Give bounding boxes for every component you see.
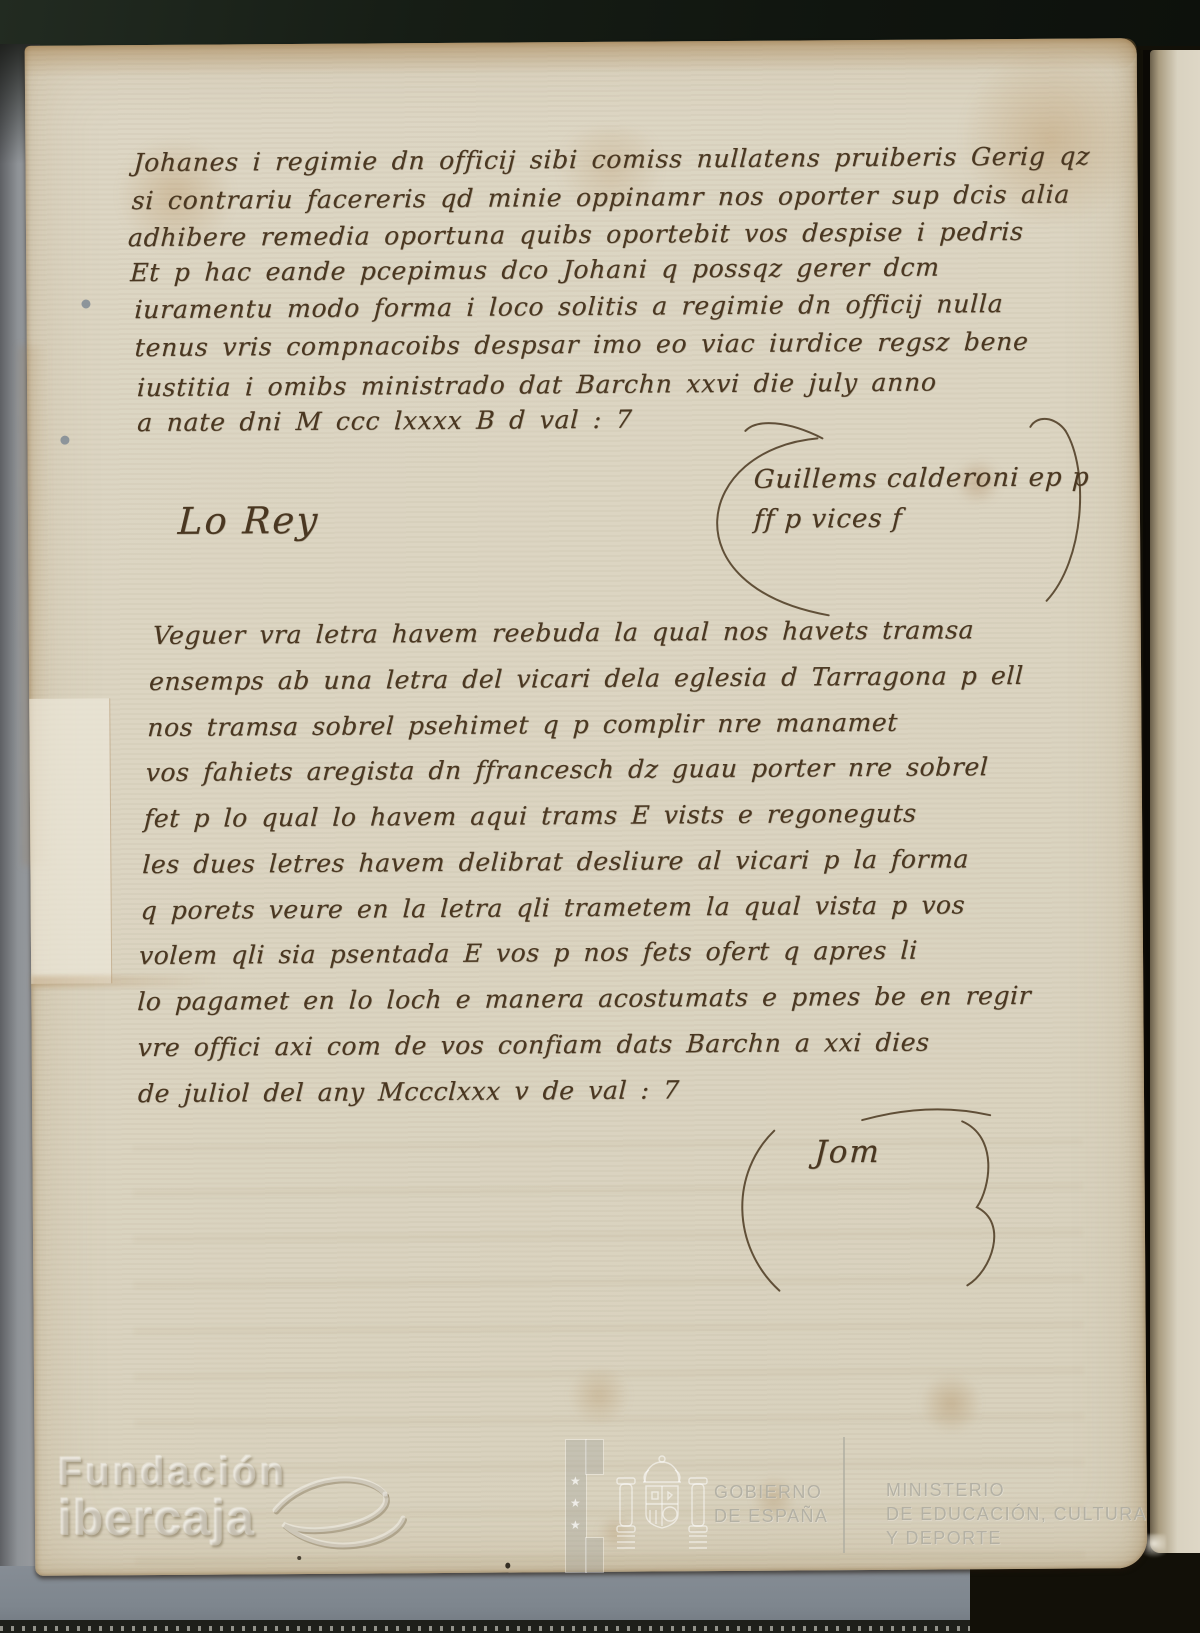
gobierno-watermark-line2: DE ESPAÑA [714, 1506, 828, 1527]
pen-flourishes [25, 38, 1148, 1576]
ibercaja-logo-swoosh-icon [255, 1462, 425, 1562]
manuscript-scan: Johanes i regimie dn officij sibi comiss… [0, 0, 1200, 1633]
next-page-edge [1150, 50, 1200, 1553]
flag-banner-notch-top [586, 1440, 603, 1474]
ministerio-watermark-line2: DE EDUCACIÓN, CULTURA [886, 1504, 1147, 1525]
star-icon: ★ [570, 1496, 581, 1510]
flag-banner-notch-bottom [586, 1538, 603, 1572]
ministerio-watermark-line1: MINISTERIO [886, 1480, 1005, 1501]
star-icon: ★ [570, 1518, 581, 1532]
ibercaja-watermark-line2: ibercaja [58, 1489, 255, 1547]
ministerio-watermark-line3: Y DEPORTE [886, 1528, 1002, 1549]
watermark-divider [843, 1437, 845, 1553]
manuscript-page: Johanes i regimie dn officij sibi comiss… [25, 38, 1148, 1576]
gobierno-watermark-line1: GOBIERNO [714, 1482, 822, 1503]
spain-coat-of-arms-icon [612, 1452, 712, 1564]
scan-bottom-perforation [0, 1626, 970, 1631]
star-icon: ★ [570, 1474, 581, 1488]
